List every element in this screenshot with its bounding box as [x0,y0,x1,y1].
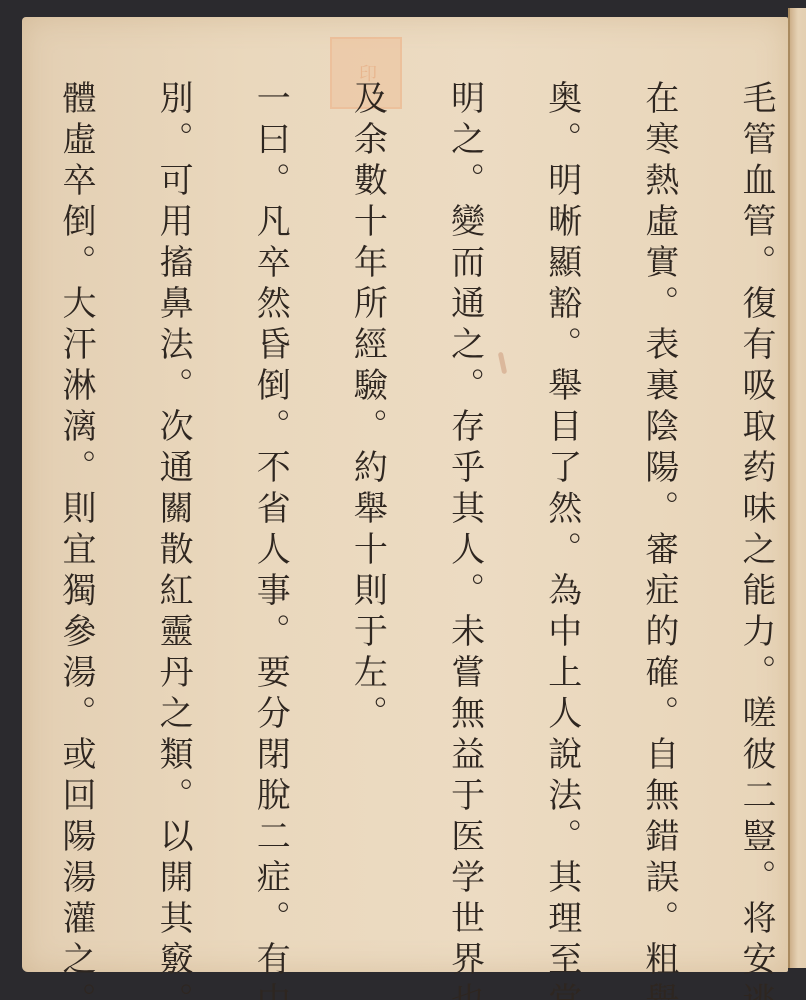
text-column-3: 奥。明晰顯豁。舉目了然。為中上人說法。其理至常。其用至廣。神而 [526,80,586,970]
text-column-5: 及余數十年所經驗。約舉十則于左。 [331,80,391,970]
text-column-2: 在寒熱虛實。表裏陰陽。審症的確。自無錯誤。粗舉大端。不尚深 [623,80,683,970]
text-column-1: 毛管血管。復有吸取药味之能力。嗟彼二豎。将安逃哉。所最要比。 [720,80,780,970]
text-column-6: 一曰。凡卒然昏倒。不省人事。要分閉脫二症。有中風中暑中氣中痰之 [234,80,294,970]
scanned-manuscript: 印 毛管血管。復有吸取药味之能力。嗟彼二豎。将安逃哉。所最要比。 在寒熱虛實。表… [0,0,806,1000]
text-column-8: 體虛卒倒。大汗淋漓。則宜獨參湯。或回陽湯灌之。或用鞋底燒 [40,80,100,970]
adjacent-page-edge [788,8,806,968]
text-column-4: 明之。變而通之。存乎其人。未嘗無益于医学世界也。茲將前人之成法。 [429,80,489,970]
text-columns: 毛管血管。復有吸取药味之能力。嗟彼二豎。将安逃哉。所最要比。 在寒熱虛實。表裏陰… [40,80,780,970]
text-column-7: 別。可用搐鼻法。次通關散紅靈丹之類。以開其竅。更隨症用藥。若 [137,80,197,970]
